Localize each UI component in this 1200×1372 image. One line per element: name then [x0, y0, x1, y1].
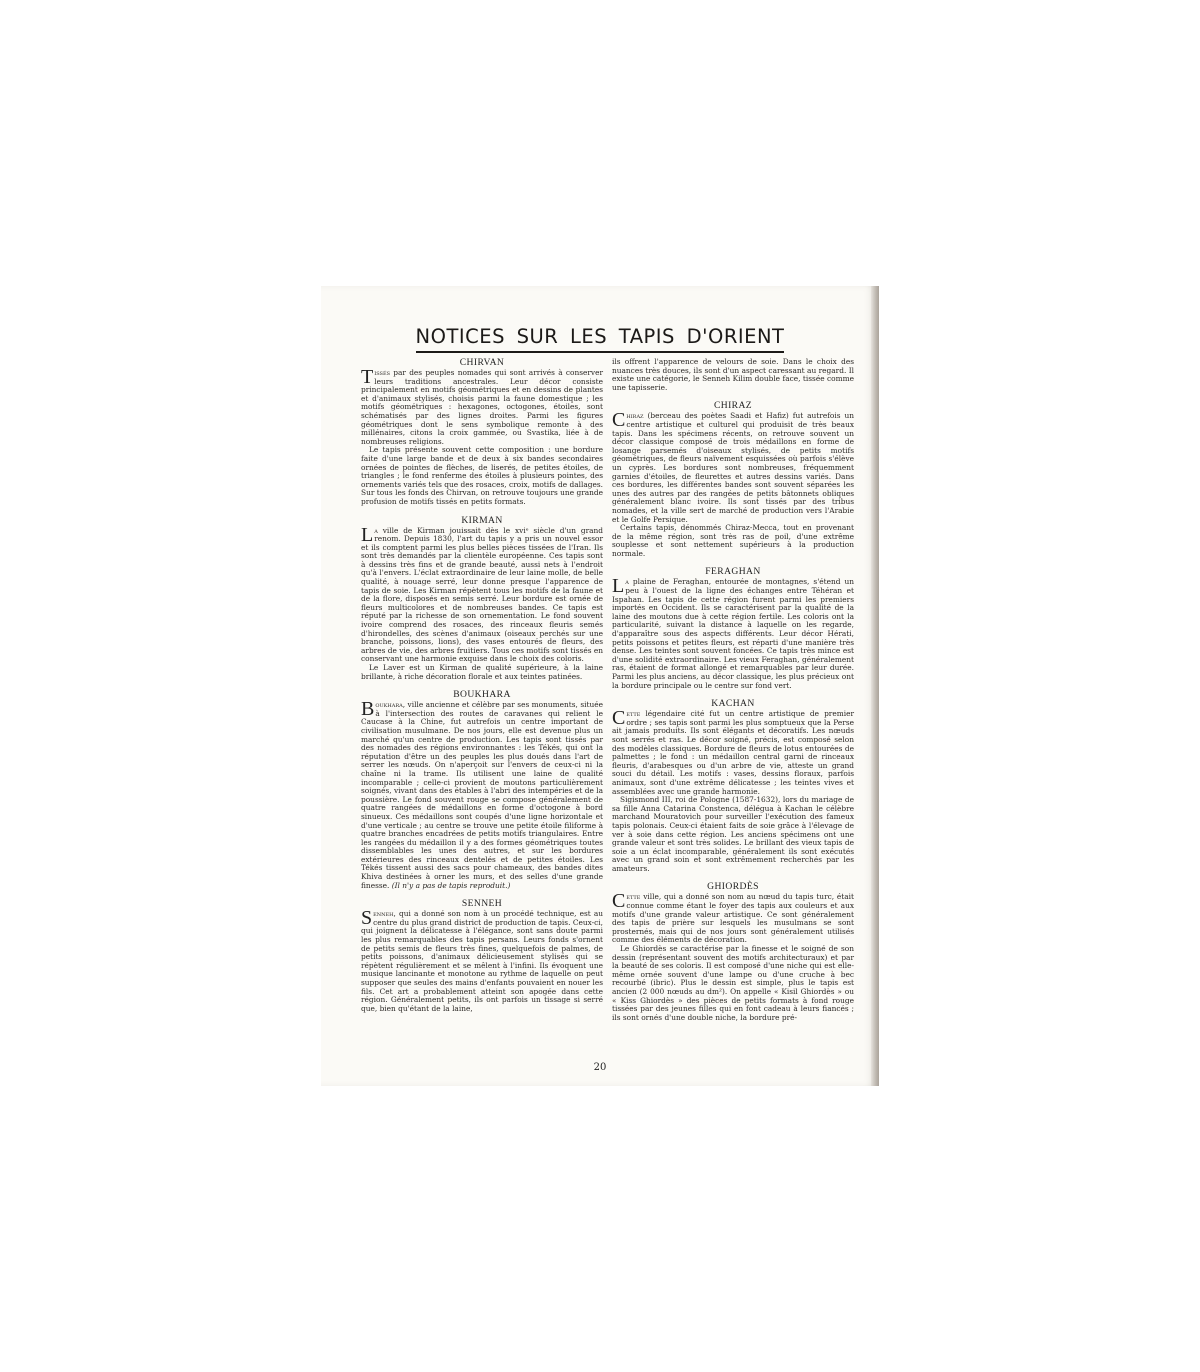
paragraph-text: par des peuples nomades qui sont arrivés…	[361, 368, 603, 446]
paragraph: Le Ghiordès se caractérise par la finess…	[612, 945, 854, 1022]
paragraph: Cette légendaire cité fut un centre arti…	[612, 710, 854, 796]
paragraph-text: , qui a donné son nom à un procédé techn…	[361, 909, 603, 1013]
section-senneh: SENNEH Senneh, qui a donné son nom à un …	[361, 899, 603, 1013]
drop-cap: L	[612, 579, 624, 594]
section-heading: CHIRVAN	[361, 358, 603, 368]
section-heading: GHIORDÈS	[612, 882, 854, 892]
paragraph: La plaine de Feraghan, entourée de monta…	[612, 578, 854, 690]
paragraph-text: ville, qui a donné son nom au nœud du ta…	[612, 892, 854, 944]
section-kirman: KIRMAN La ville de Kirman jouissait dès …	[361, 516, 603, 682]
paragraph: Le Laver est un Kirman de qualité supéri…	[361, 664, 603, 681]
drop-cap: T	[361, 370, 373, 385]
section-heading: CHIRAZ	[612, 401, 854, 411]
left-column: CHIRVAN Tissés par des peuples nomades q…	[361, 358, 603, 1022]
drop-cap: S	[361, 911, 372, 926]
paragraph: Tissés par des peuples nomades qui sont …	[361, 369, 603, 446]
paragraph-text: (berceau des poètes Saadi et Hafiz) fut …	[612, 411, 854, 523]
section-feraghan: FERAGHAN La plaine de Feraghan, entourée…	[612, 567, 854, 690]
drop-cap: C	[612, 711, 625, 726]
drop-cap: L	[361, 528, 373, 543]
paragraph: Le tapis présente souvent cette composit…	[361, 446, 603, 506]
senneh-continuation: ils offrent l'apparence de velours de so…	[612, 358, 854, 392]
paragraph: Cette ville, qui a donné son nom au nœud…	[612, 893, 854, 945]
drop-cap: C	[612, 894, 625, 909]
drop-cap: B	[361, 702, 374, 717]
document-page: NOTICES SUR LES TAPIS D'ORIENT CHIRVAN T…	[321, 286, 879, 1086]
section-ghiordes: GHIORDÈS Cette ville, qui a donné son no…	[612, 882, 854, 1022]
section-chirvan: CHIRVAN Tissés par des peuples nomades q…	[361, 358, 603, 507]
section-heading: BOUKHARA	[361, 690, 603, 700]
section-kachan: KACHAN Cette légendaire cité fut un cent…	[612, 699, 854, 873]
paragraph: La ville de Kirman jouissait dès le xviᵉ…	[361, 527, 603, 665]
section-heading: KACHAN	[612, 699, 854, 709]
editorial-note: (Il n'y a pas de tapis reproduit.)	[392, 881, 511, 890]
page-title: NOTICES SUR LES TAPIS D'ORIENT	[416, 325, 785, 353]
section-chiraz: CHIRAZ Chiraz (berceau des poètes Saadi …	[612, 401, 854, 558]
paragraph-text: ville de Kirman jouissait dès le xviᵉ si…	[361, 526, 603, 664]
paragraph: Chiraz (berceau des poètes Saadi et Hafi…	[612, 412, 854, 524]
section-heading: FERAGHAN	[612, 567, 854, 577]
section-heading: KIRMAN	[361, 516, 603, 526]
drop-cap: C	[612, 413, 625, 428]
paragraph: Boukhara, ville ancienne et célèbre par …	[361, 701, 603, 890]
paragraph-text: légendaire cité fut un centre artistique…	[612, 709, 854, 795]
paragraph-text: plaine de Feraghan, entourée de montagne…	[612, 577, 854, 689]
paragraph: Senneh, qui a donné son nom à un procédé…	[361, 910, 603, 1013]
right-column: ils offrent l'apparence de velours de so…	[612, 358, 854, 1031]
paragraph: Sigismond III, roi de Pologne (1587-1632…	[612, 796, 854, 873]
paragraph: ils offrent l'apparence de velours de so…	[612, 358, 854, 392]
paragraph: Certains tapis, dénommés Chiraz-Mecca, t…	[612, 524, 854, 558]
page-number: 20	[321, 1062, 879, 1073]
paragraph-text: , ville ancienne et célèbre par ses monu…	[361, 700, 603, 889]
section-boukhara: BOUKHARA Boukhara, ville ancienne et cél…	[361, 690, 603, 890]
section-heading: SENNEH	[361, 899, 603, 909]
